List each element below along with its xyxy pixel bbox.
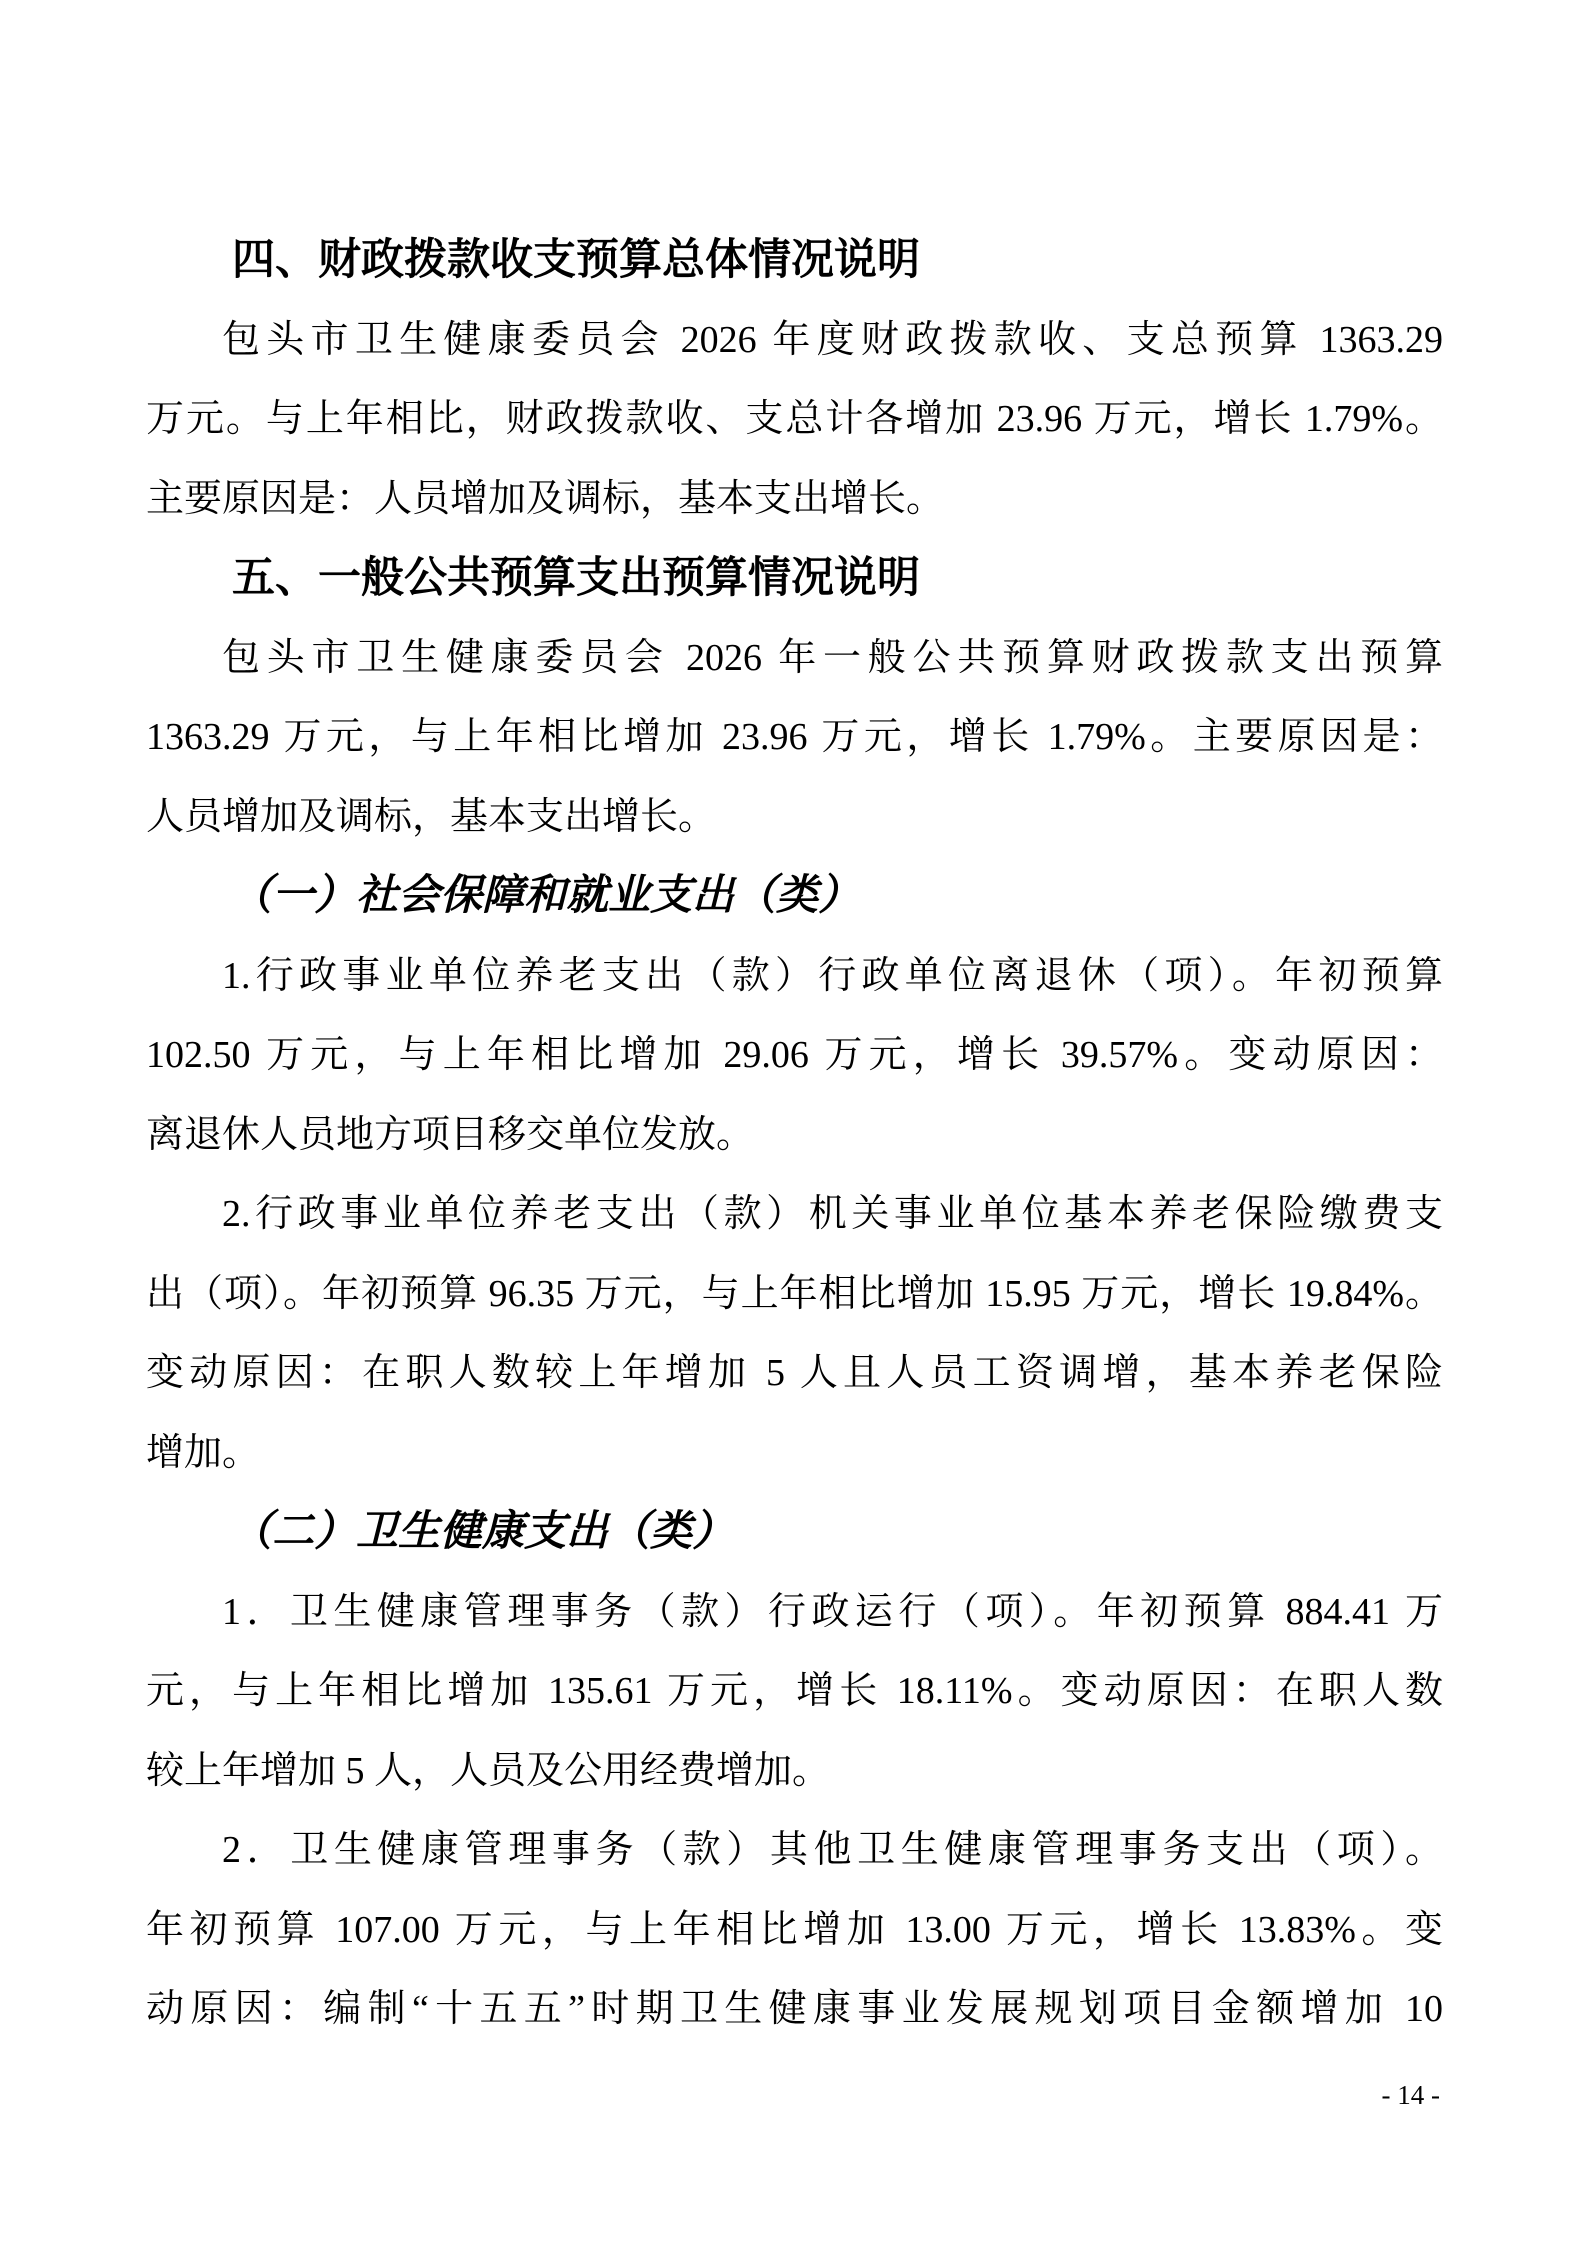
document-body: 四、财政拨款收支预算总体情况说明包头市卫生健康委员会 2026 年度财政拨款收、… — [146, 221, 1443, 2050]
body-line: 包头市卫生健康委员会 2026 年一般公共预算财政拨款支出预算 — [146, 619, 1443, 699]
body-line: 主要原因是：人员增加及调标，基本支出增长。 — [146, 460, 1443, 540]
body-line: 万元。与上年相比，财政拨款收、支总计各增加 23.96 万元，增长 1.79%。 — [146, 380, 1443, 460]
body-line: 102.50 万元，与上年相比增加 29.06 万元，增长 39.57%。变动原… — [146, 1016, 1443, 1096]
body-line: 2．卫生健康管理事务（款）其他卫生健康管理事务支出（项）。 — [146, 1811, 1443, 1891]
body-line: 2.行政事业单位养老支出（款）机关事业单位基本养老保险缴费支 — [146, 1175, 1443, 1255]
body-line: 元，与上年相比增加 135.61 万元，增长 18.11%。变动原因：在职人数 — [146, 1652, 1443, 1732]
body-line: 1.行政事业单位养老支出（款）行政单位离退休（项）。年初预算 — [146, 937, 1443, 1017]
body-line: 出（项）。年初预算 96.35 万元，与上年相比增加 15.95 万元，增长 1… — [146, 1255, 1443, 1335]
body-line: 较上年增加 5 人，人员及公用经费增加。 — [146, 1732, 1443, 1812]
body-line: 年初预算 107.00 万元，与上年相比增加 13.00 万元，增长 13.83… — [146, 1891, 1443, 1971]
body-line: 人员增加及调标，基本支出增长。 — [146, 778, 1443, 858]
body-line: 变动原因：在职人数较上年增加 5 人且人员工资调增，基本养老保险 — [146, 1334, 1443, 1414]
page-number: - 14 - — [1382, 2080, 1440, 2111]
section-heading: 四、财政拨款收支预算总体情况说明 — [146, 221, 1443, 301]
subsection-heading: （二）卫生健康支出（类） — [146, 1493, 1443, 1573]
body-line: 1363.29 万元，与上年相比增加 23.96 万元，增长 1.79%。主要原… — [146, 698, 1443, 778]
subsection-heading: （一）社会保障和就业支出（类） — [146, 857, 1443, 937]
body-line: 包头市卫生健康委员会 2026 年度财政拨款收、支总预算 1363.29 — [146, 301, 1443, 381]
section-heading: 五、一般公共预算支出预算情况说明 — [146, 539, 1443, 619]
document-page: 四、财政拨款收支预算总体情况说明包头市卫生健康委员会 2026 年度财政拨款收、… — [0, 0, 1588, 2245]
body-line: 动原因：编制“十五五”时期卫生健康事业发展规划项目金额增加 10 — [146, 1970, 1443, 2050]
body-line: 离退休人员地方项目移交单位发放。 — [146, 1096, 1443, 1176]
body-line: 增加。 — [146, 1414, 1443, 1494]
body-line: 1．卫生健康管理事务（款）行政运行（项）。年初预算 884.41 万 — [146, 1573, 1443, 1653]
